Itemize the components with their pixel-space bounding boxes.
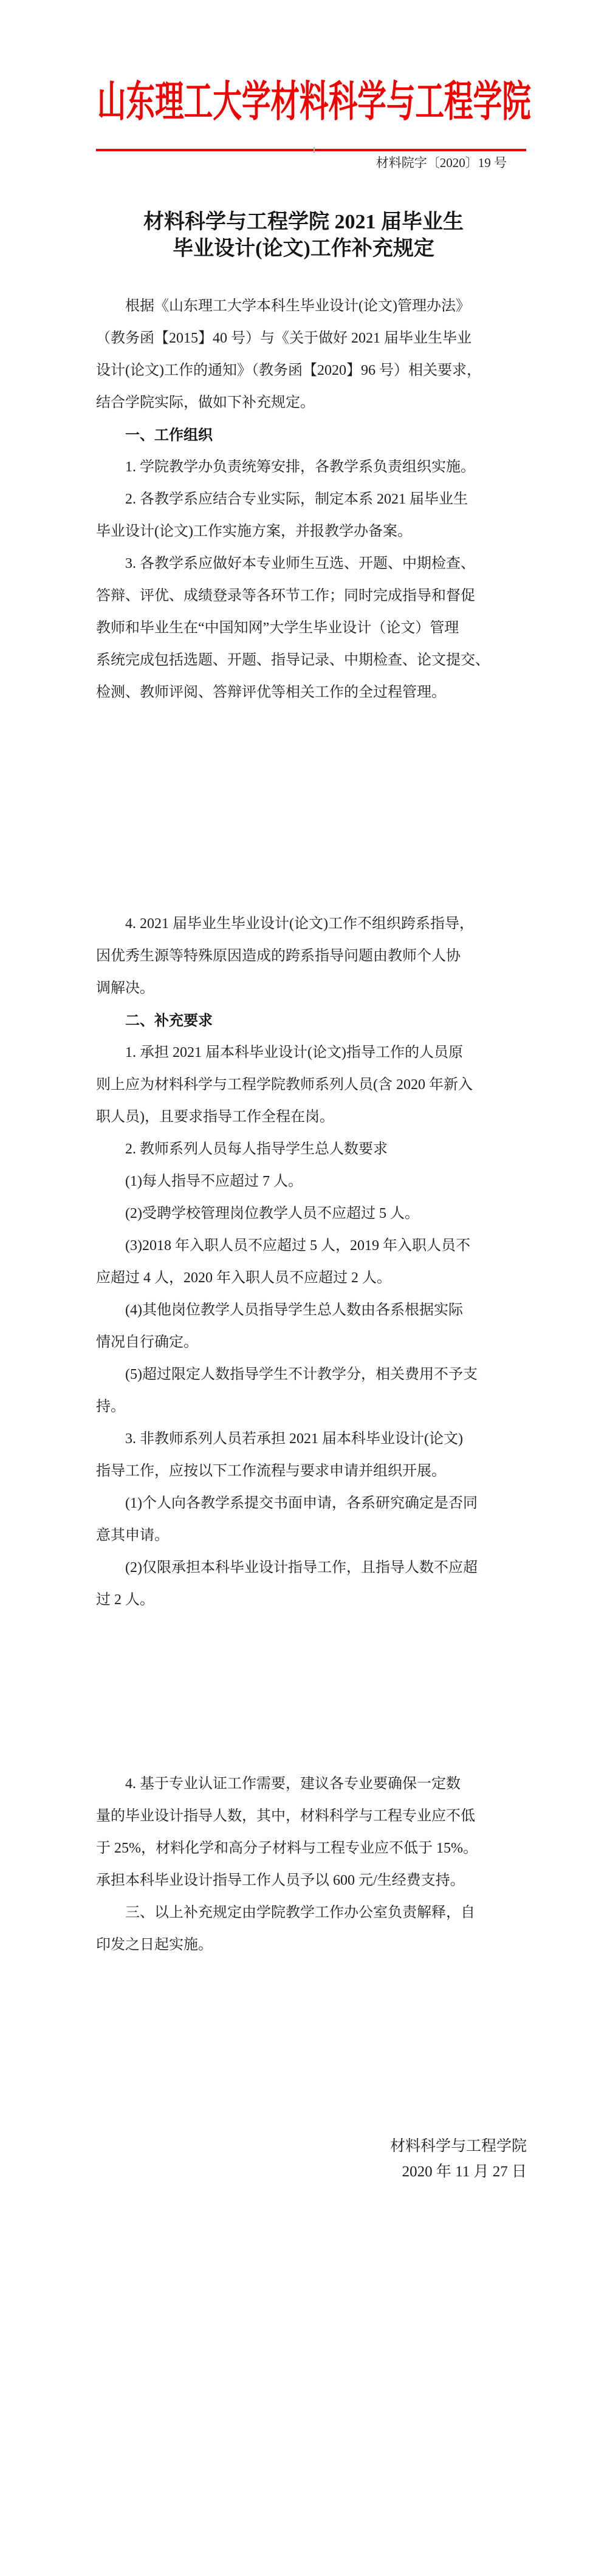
document-line: （教务函【2015】40 号）与《关于做好 2021 届毕业生毕业 (96, 323, 523, 355)
document-line: (5)超过限定人数指导学生不计教学分，相关费用不予支 (96, 1359, 523, 1391)
document-number: 材料院字〔2020〕19 号 (0, 154, 607, 171)
document-line: 持。 (96, 1391, 523, 1423)
document-line: 则上应为材料科学与工程学院教师系列人员(含 2020 年新入 (96, 1069, 523, 1101)
document-line: 因优秀生源等特殊原因造成的跨系指导问题由教师个人协 (96, 940, 523, 972)
document-line: 设计(论文)工作的通知》（教务函【2020】96 号）相关要求， (96, 355, 523, 387)
document-line: 过 2 人。 (96, 1584, 523, 1616)
document-line: (2)仅限承担本科毕业设计指导工作，且指导人数不应超 (96, 1552, 523, 1584)
section-heading: 二、补充要求 (96, 1005, 523, 1037)
document-line: 于 25%，材料化学和高分子材料与工程专业应不低于 15%。 (96, 1833, 523, 1865)
document-line: 意其申请。 (96, 1520, 523, 1552)
document-line: 结合学院实际，做如下补充规定。 (96, 387, 523, 419)
letterhead-divider (96, 149, 526, 151)
section-heading: 一、工作组织 (96, 419, 523, 451)
signature-org: 材料科学与工程学院 (0, 2134, 527, 2159)
document-line: 2. 教师系列人员每人指导学生总人数要求 (96, 1133, 523, 1166)
document-title-line2: 毕业设计(论文)工作补充规定 (0, 236, 607, 262)
document-body: 根据《山东理工大学本科生毕业设计(论文)管理办法》（教务函【2015】40 号）… (0, 290, 607, 1961)
letterhead-org-title: 山东理工大学材料科学与工程学院 (97, 81, 510, 125)
signature-date: 2020 年 11 月 27 日 (0, 2159, 527, 2185)
document-line: (3)2018 年入职人员不应超过 5 人，2019 年入职人员不 (96, 1230, 523, 1262)
document-line: 调解决。 (96, 972, 523, 1005)
signature-block: 材料科学与工程学院 2020 年 11 月 27 日 (0, 2134, 607, 2185)
document-title-line1: 材料科学与工程学院 2021 届毕业生 (0, 209, 607, 236)
document-line: (1)每人指导不应超过 7 人。 (96, 1166, 523, 1198)
divider-tick (314, 147, 315, 153)
document-line: 毕业设计(论文)工作实施方案，并报教学办备案。 (96, 516, 523, 548)
document-line: (4)其他岗位教学人员指导学生总人数由各系根据实际 (96, 1294, 523, 1327)
document-line: 1. 承担 2021 届本科毕业设计(论文)指导工作的人员原 (96, 1037, 523, 1069)
document-line: (2)受聘学校管理岗位教学人员不应超过 5 人。 (96, 1198, 523, 1230)
document-line: 4. 2021 届毕业生毕业设计(论文)工作不组织跨系指导， (96, 908, 523, 940)
document-line: 承担本科毕业设计指导工作人员予以 600 元/生经费支持。 (96, 1865, 523, 1897)
document-line: 三、以上补充规定由学院教学工作办公室负责解释，自 (96, 1897, 523, 1929)
document-page: 山东理工大学材料科学与工程学院 材料院字〔2020〕19 号 材料科学与工程学院… (0, 0, 607, 2576)
document-line: 教师和毕业生在“中国知网”大学生毕业设计（论文）管理 (96, 612, 523, 644)
document-line: (1)个人向各教学系提交书面申请，各系研究确定是否同 (96, 1488, 523, 1520)
document-title: 材料科学与工程学院 2021 届毕业生 毕业设计(论文)工作补充规定 (0, 209, 607, 262)
document-line: 2. 各教学系应结合专业实际，制定本系 2021 届毕业生 (96, 483, 523, 516)
document-line: 职人员)，且要求指导工作全程在岗。 (96, 1101, 523, 1133)
document-line: 答辩、评优、成绩登录等各环节工作；同时完成指导和督促 (96, 580, 523, 612)
document-line: 情况自行确定。 (96, 1327, 523, 1359)
document-line: 印发之日起实施。 (96, 1929, 523, 1961)
document-line: 系统完成包括选题、开题、指导记录、中期检查、论文提交、 (96, 644, 523, 677)
document-line: 3. 各教学系应做好本专业师生互选、开题、中期检查、 (96, 548, 523, 580)
document-line: 3. 非教师系列人员若承担 2021 届本科毕业设计(论文) (96, 1423, 523, 1455)
document-line: 4. 基于专业认证工作需要，建议各专业要确保一定数 (96, 1768, 523, 1800)
document-line: 量的毕业设计指导人数，其中，材料科学与工程专业应不低 (96, 1800, 523, 1833)
document-line: 1. 学院教学办负责统筹安排，各教学系负责组织实施。 (96, 451, 523, 483)
document-line: 指导工作，应按以下工作流程与要求申请并组织开展。 (96, 1455, 523, 1488)
document-line: 应超过 4 人，2020 年入职人员不应超过 2 人。 (96, 1262, 523, 1294)
document-line: 检测、教师评阅、答辩评优等相关工作的全过程管理。 (96, 677, 523, 709)
document-line: 根据《山东理工大学本科生毕业设计(论文)管理办法》 (96, 290, 523, 323)
